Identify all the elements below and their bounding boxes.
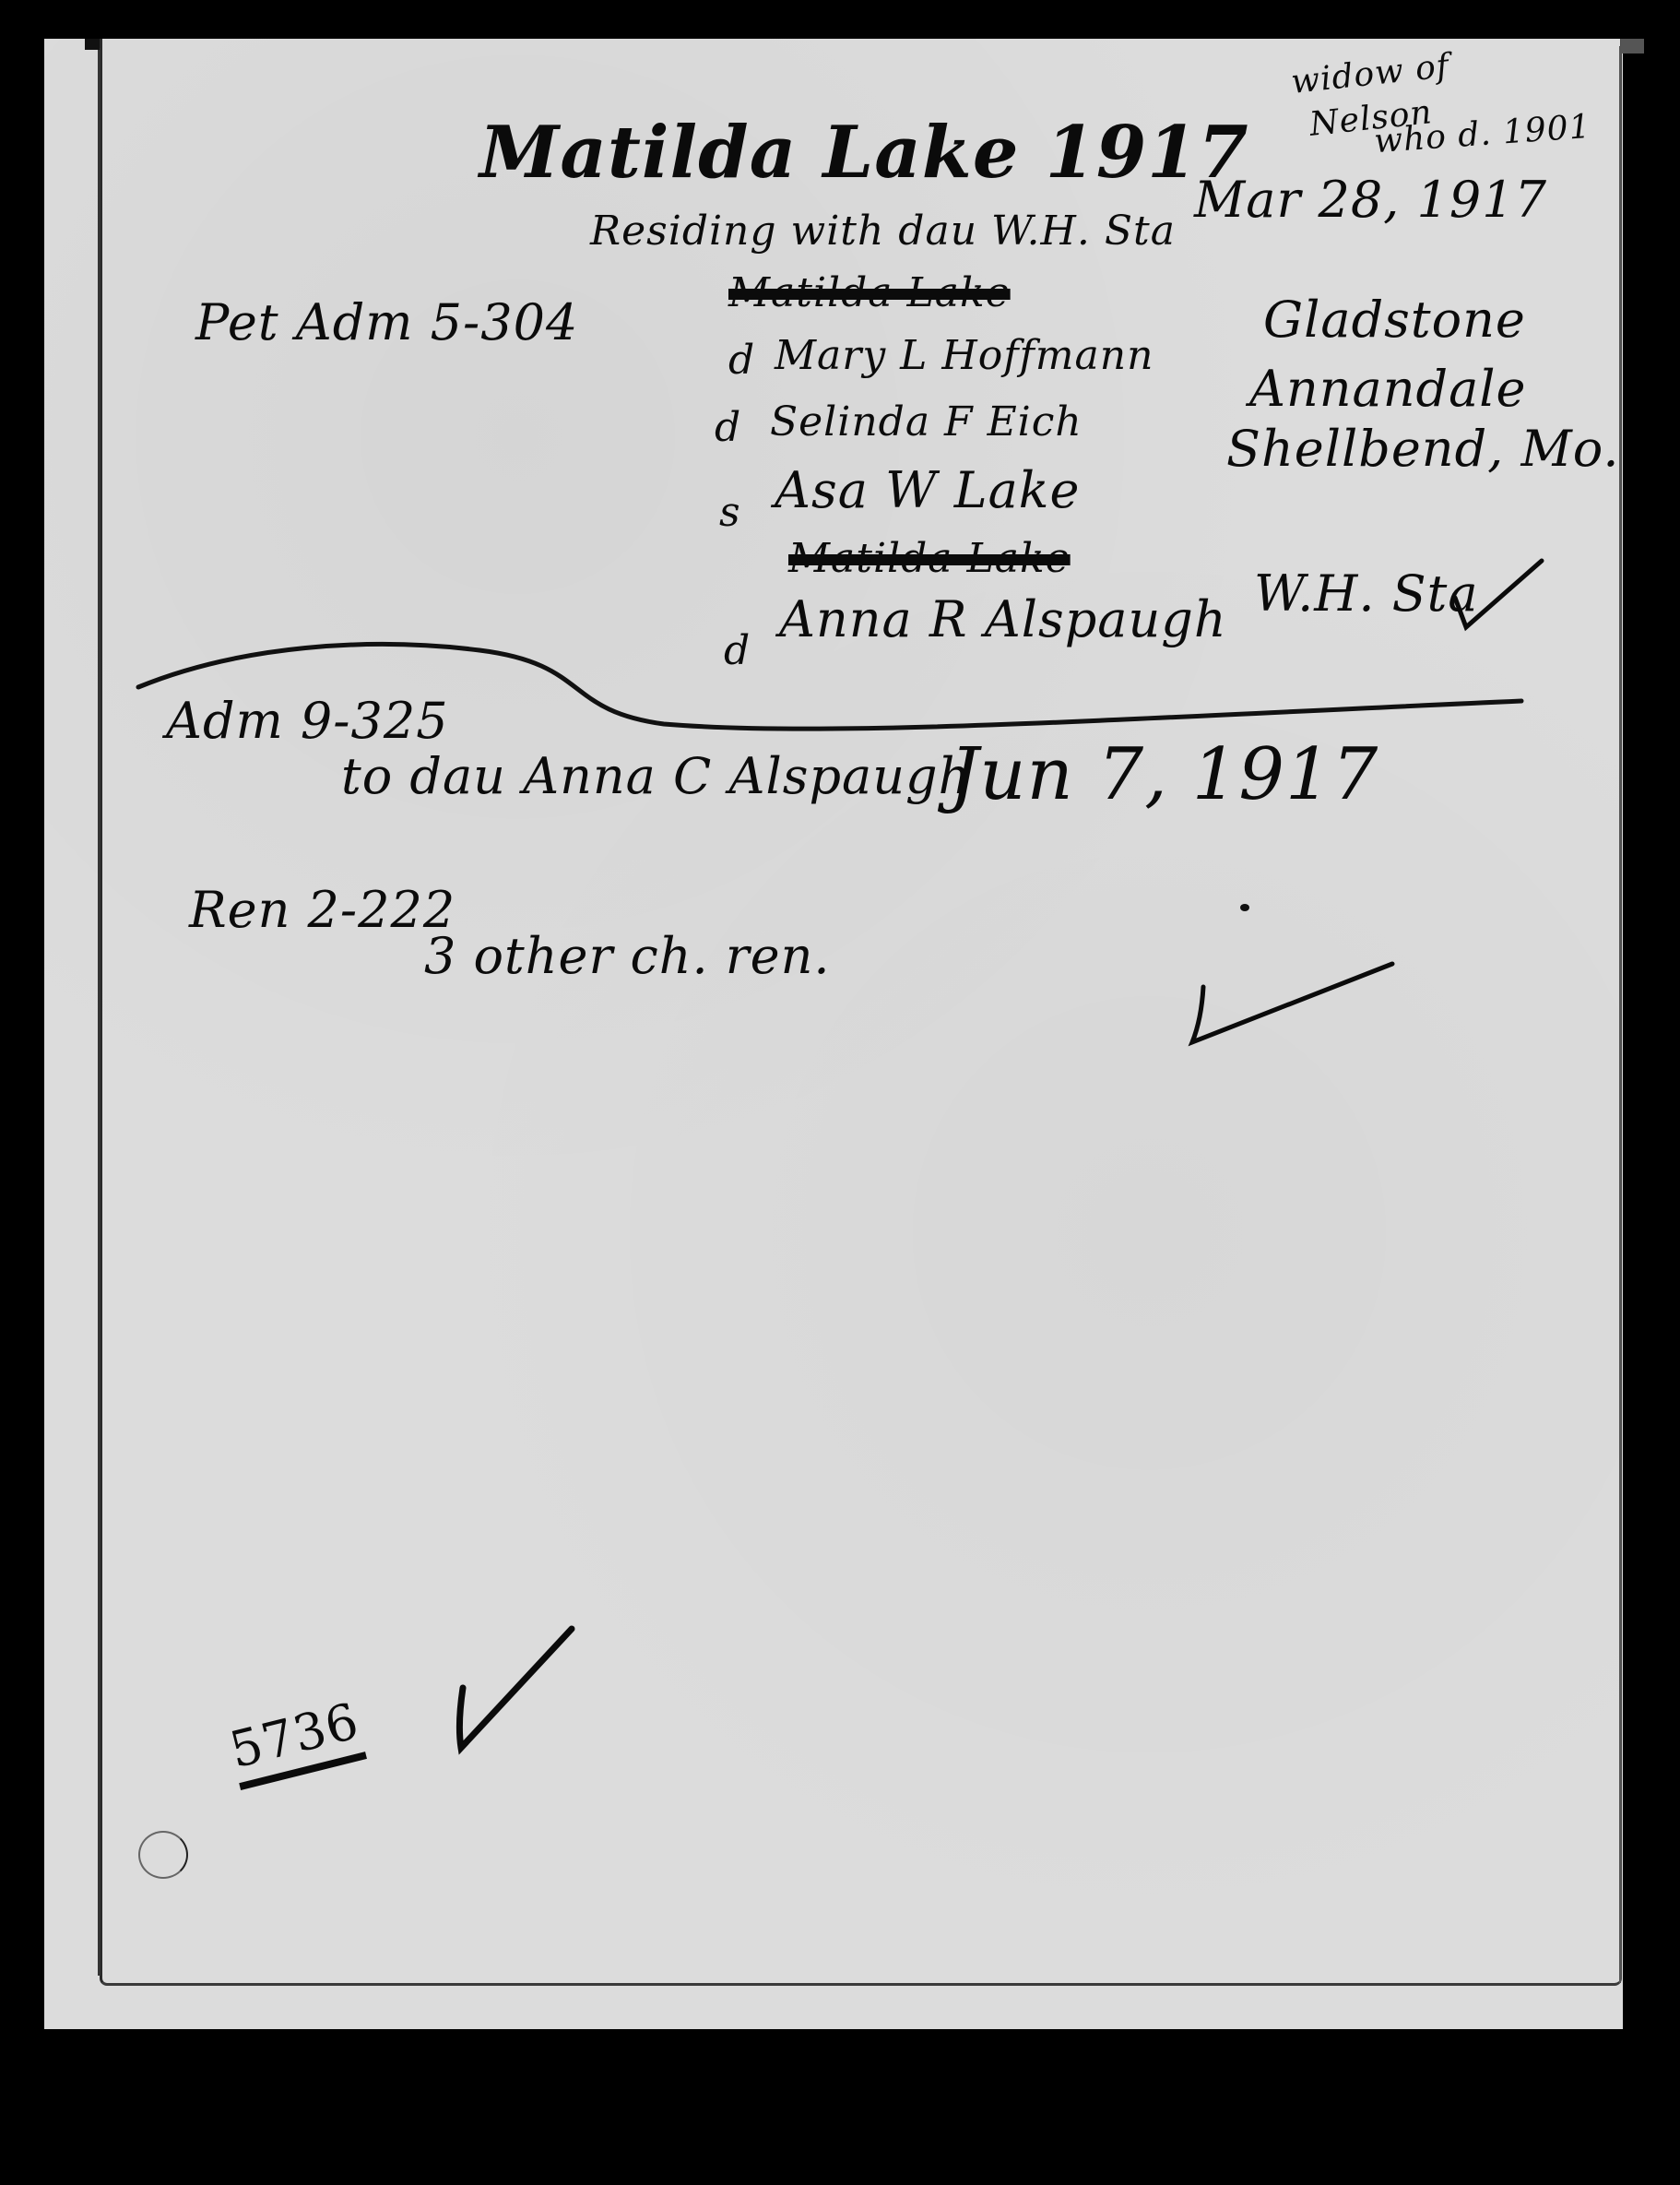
administration-date: Jun 7, 1917 — [950, 733, 1378, 816]
ink-dot — [1240, 904, 1249, 911]
corner-mark — [85, 39, 100, 50]
administration-detail: to dau Anna C Alspaugh — [341, 747, 971, 805]
administration-label: Adm 9-325 — [166, 692, 449, 750]
renunciation-label: Ren 2-222 — [189, 881, 455, 939]
punch-hole — [138, 1831, 188, 1879]
renunciation-detail: 3 other ch. ren. — [424, 927, 831, 985]
corner-mark — [1621, 39, 1644, 53]
check-icon — [1185, 959, 1397, 1051]
check-icon — [443, 1623, 581, 1752]
divider-curve — [0, 0, 1680, 2185]
